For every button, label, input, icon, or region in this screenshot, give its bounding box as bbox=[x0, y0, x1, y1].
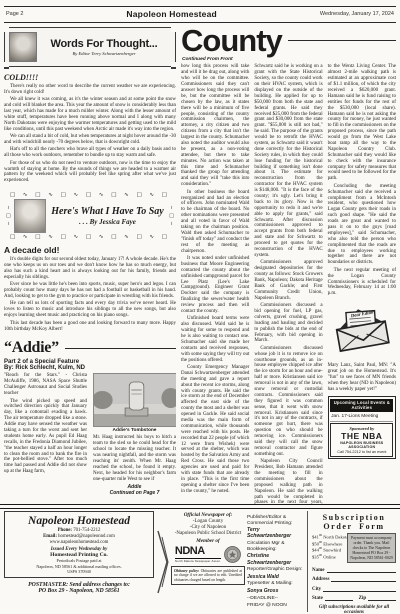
photo-caption: Addie's Tombstone bbox=[93, 428, 176, 433]
county-paragraph: Concluding the meeting Schumacher said s… bbox=[328, 184, 396, 266]
price-row: $4100 North Dakota bbox=[312, 533, 344, 540]
field-label: Name bbox=[312, 568, 325, 573]
county-column-1: how long this process will take and will… bbox=[181, 64, 249, 505]
masthead-website: www.napoleonhomestead.com bbox=[7, 540, 151, 545]
obituary-policy-label: Obituary policy: bbox=[174, 569, 199, 573]
decade-paragraph: It's double digits for our second oldest… bbox=[4, 257, 176, 281]
masthead-phone: Phone: 701-754-2212 bbox=[7, 528, 151, 533]
cold-headline: COLD!!!! bbox=[4, 73, 176, 82]
staff-role: Reporter/Graphic Design: bbox=[247, 567, 305, 573]
masthead-info: Napoleon Homestead Phone: 701-754-2212 E… bbox=[4, 511, 154, 612]
cold-paragraph: We can all stand a bit of cold, but when… bbox=[4, 134, 176, 146]
price-cents: 00 bbox=[319, 540, 322, 544]
masthead-title: Napoleon Homestead bbox=[7, 515, 151, 527]
continued-page: Continued on Page 7 bbox=[93, 490, 176, 496]
county-paragraph: Commissioners approved designated deposi… bbox=[254, 260, 322, 301]
ndna-logo-subtitle: North Dakota Newspaper Assoc. bbox=[175, 559, 221, 563]
columnist-photo bbox=[14, 199, 46, 233]
sponsor-name: THE NBA bbox=[332, 431, 391, 441]
phone-label: Phone: bbox=[58, 528, 72, 533]
words-for-thought-box: Words For Thought... By Editor Terry Sch… bbox=[4, 27, 176, 67]
county-paragraph: Schwartz said he is working on a grant w… bbox=[254, 64, 322, 258]
column-title: Words For Thought... bbox=[37, 38, 171, 50]
sponsor-subtitle: Napoleon Business Association bbox=[332, 441, 391, 449]
column-byline: . . . By Jessica Faye bbox=[49, 218, 167, 226]
staff-name: Terry Schwartzenberger bbox=[247, 527, 305, 540]
county-column-3: to the Wentz Living Center. The almost 2… bbox=[328, 64, 396, 505]
continued-notice: Addie Continued on Page 7 bbox=[93, 484, 176, 496]
county-column-2: Schwartz said he is working on a grant w… bbox=[254, 64, 322, 505]
headline-rule bbox=[288, 40, 396, 41]
staff-column: Publisher/Editor & Commercial Printing: … bbox=[247, 511, 305, 612]
cold-paragraph: For those of us who do not need to ventu… bbox=[4, 161, 176, 185]
events-box-title: Upcoming Local Events & Activities bbox=[330, 399, 393, 412]
field-label: City bbox=[312, 587, 321, 592]
postmaster-address: PO Box 29 - Napoleon, ND 58561 bbox=[4, 588, 154, 594]
payment-note-box: Payment must accompany order. Thank you.… bbox=[347, 533, 396, 563]
chevron-decoration bbox=[156, 511, 169, 612]
price-row: $4400 Snowbird bbox=[312, 546, 344, 553]
dear-editor-envelope-icon: Dear Editor bbox=[328, 302, 396, 355]
addie-paragraph: Mr. Haag instructed his boys to hitch a … bbox=[93, 435, 176, 482]
form-field-city: City bbox=[312, 586, 396, 592]
county-paragraph: Commissioners discussed whose job it is … bbox=[254, 346, 322, 458]
price-amount: $41 bbox=[312, 535, 319, 540]
masthead-email: Email: homestead@napoleonnd.com bbox=[7, 534, 151, 539]
field-label: State bbox=[312, 596, 323, 601]
deadline-day: FRIDAY @ NOON bbox=[247, 603, 305, 609]
addie-headline: “Addie” bbox=[4, 339, 59, 357]
decorative-border: ≀ □ ≀ bbox=[6, 204, 11, 228]
postage-line: Periodicals Postage paid at bbox=[7, 558, 151, 563]
county-paragraph: Unfinished board terms were also discuss… bbox=[181, 316, 249, 363]
decade-paragraph: Ever since he was little he's been into … bbox=[4, 282, 176, 300]
staff-name: Sonya Gross bbox=[247, 588, 305, 594]
usps-number: USPS 370940 bbox=[7, 569, 151, 574]
tombstone-photo bbox=[93, 373, 176, 427]
section-divider-rule bbox=[0, 504, 400, 509]
column-title: Here's What I Have To Say bbox=[49, 206, 167, 217]
cold-paragraph: Hat's off to all the ranchers who brave … bbox=[4, 147, 176, 159]
subscription-form: Subscription Order Form $4100 North Dako… bbox=[307, 511, 396, 612]
addie-column-2: Addie's Tombstone Mr. Haag instructed hi… bbox=[93, 373, 176, 496]
price-amount: $44 bbox=[312, 548, 319, 553]
addie-paragraph: The wind picked up speed and switched di… bbox=[4, 399, 87, 476]
gift-subscriptions-note: Gift subscriptions available for all occ… bbox=[312, 605, 396, 614]
price-cents: 00 bbox=[319, 533, 322, 537]
decorative-border: □ ∿ □ ∿ □ ∿ □ ∿ □ ∿ □ ∿ □ bbox=[6, 234, 174, 240]
write-in-line bbox=[323, 586, 396, 592]
price-label: Online bbox=[323, 554, 336, 559]
addie-section: “Addie” Part 2 of a Special Feature By: … bbox=[4, 339, 176, 496]
addie-column-1: "Reach for the Stars." - Christa McAulif… bbox=[4, 373, 87, 496]
price-label: North Dakota bbox=[323, 535, 348, 540]
postmaster-notice: POSTMASTER: Send address changes to: PO … bbox=[4, 582, 154, 594]
write-in-line bbox=[331, 576, 396, 582]
ndna-logo-text: NDNA bbox=[175, 546, 221, 557]
field-label: Address bbox=[312, 577, 329, 582]
county-paragraph: It was noted under unfinished business t… bbox=[181, 256, 249, 315]
official-item: -City of Napoleon bbox=[171, 525, 245, 530]
newspaper-name: Napoleon Homestead bbox=[126, 9, 217, 19]
staff-name: Jessica Wald bbox=[247, 574, 305, 580]
staff-role: Publisher/Editor & Commercial Printing: bbox=[247, 515, 305, 527]
page-number: Page 2 bbox=[6, 11, 23, 17]
county-paragraph: Commissioners discussed a bid opening fo… bbox=[254, 303, 322, 344]
official-title: Official Newspaper of: bbox=[171, 512, 245, 518]
form-field-address: Address bbox=[312, 576, 396, 582]
write-in-line bbox=[368, 595, 396, 601]
ndna-logo: NDNA North Dakota Newspaper Assoc. bbox=[175, 546, 221, 563]
cold-paragraph: There's really no other word to describe… bbox=[4, 84, 176, 96]
page-header: Page 2 Napoleon Homestead Wednesday, Jan… bbox=[4, 6, 396, 23]
official-item: -Logan County bbox=[171, 519, 245, 524]
write-in-line bbox=[325, 595, 353, 601]
form-field-state-zip: State Zip bbox=[312, 595, 396, 601]
county-paragraph: In other business the board reorganized … bbox=[181, 190, 249, 255]
event-item: Jan. 17-Lions Meeting bbox=[330, 412, 393, 422]
field-label: Zip bbox=[359, 596, 367, 601]
printer-name: Homestead Printing Co. bbox=[7, 552, 151, 558]
email-label: Email: bbox=[43, 534, 57, 539]
addie-quote: "Reach for the Stars." - Christa McAulif… bbox=[4, 373, 87, 397]
official-newspaper-column: Official Newspaper of: -Logan County -Ci… bbox=[171, 511, 245, 612]
sponsor-phone-note: Call 754-2212 to list an event bbox=[332, 450, 391, 454]
email-address: homestead@napoleonnd.com bbox=[58, 534, 115, 539]
price-cents: 00 bbox=[319, 546, 322, 550]
corner-decoration bbox=[4, 27, 9, 32]
corner-decoration bbox=[4, 62, 9, 69]
decorative-border: ≀ □ ≀ bbox=[169, 204, 174, 228]
corner-decoration bbox=[171, 27, 176, 32]
editor-photo bbox=[9, 32, 37, 62]
words-for-thought-titles: Words For Thought... By Editor Terry Sch… bbox=[37, 38, 171, 56]
letter-to-editor: Mary Lanz, Saint Paul, MN: "A great job … bbox=[328, 363, 396, 392]
staff-role: Circulation Mgr & Bookkeeping: bbox=[247, 541, 305, 553]
staff-name: Christine Schwartzenberger bbox=[247, 553, 305, 566]
county-paragraph: County Emergency Manager Danai Schwartze… bbox=[181, 365, 249, 495]
subscription-form-title: Subscription Order Form bbox=[312, 513, 396, 531]
left-column: Words For Thought... By Editor Terry Sch… bbox=[4, 27, 176, 505]
county-paragraph: The next regular meeting of the Logan Co… bbox=[328, 268, 396, 297]
postage-line: Napoleon, ND 58561 & additional mailing … bbox=[7, 564, 151, 569]
issue-date: Wednesday, January 17, 2024 bbox=[320, 11, 394, 17]
member-seal-icon bbox=[224, 546, 241, 563]
price-cents: 00 bbox=[319, 553, 322, 557]
county-paragraph: how long this process will take and will… bbox=[181, 64, 249, 188]
sponsor-box: Sponsored by THE NBA Napoleon Business A… bbox=[330, 423, 393, 457]
price-row: $3500 Online bbox=[312, 553, 344, 560]
county-section: County Continued From Front how long thi… bbox=[181, 26, 396, 505]
form-field-name: Name bbox=[312, 567, 396, 573]
heres-what-box: □ ∿ □ ∿ □ ∿ □ ∿ □ ∿ □ ∿ □ ≀ □ ≀ Here's W… bbox=[4, 191, 176, 241]
county-headline: County bbox=[181, 26, 282, 55]
obituary-policy-box: Obituary policy: Obituaries are publishe… bbox=[171, 566, 245, 586]
decade-paragraph: He can tell us lots of sporting facts an… bbox=[4, 301, 176, 319]
masthead-strip: Napoleon Homestead Phone: 701-754-2212 E… bbox=[4, 511, 396, 612]
corner-decoration bbox=[171, 62, 176, 69]
events-box: Upcoming Local Events & Activities Jan. … bbox=[328, 396, 396, 459]
masthead-box: Napoleon Homestead Phone: 701-754-2212 E… bbox=[4, 511, 154, 578]
county-paragraph: to the Wentz Living Center. The almost 2… bbox=[328, 64, 396, 182]
decorative-border: □ ∿ □ ∿ □ ∿ □ ∿ □ ∿ □ ∿ □ bbox=[6, 192, 174, 198]
newspaper-page: Page 2 Napoleon Homestead Wednesday, Jan… bbox=[0, 0, 400, 614]
price-label: Snowbird bbox=[323, 548, 341, 553]
cold-paragraph: We all knew it was coming, as it's the w… bbox=[4, 97, 176, 132]
headline-rule bbox=[65, 348, 176, 349]
decade-headline: A decade old! bbox=[4, 245, 176, 255]
county-paragraph: Napoleon City Council President, Bob Ham… bbox=[254, 459, 322, 505]
continued-from-label: Continued From Front bbox=[182, 57, 396, 62]
phone-number: 701-754-2212 bbox=[73, 528, 100, 533]
subscription-prices: $4100 North Dakota $5000 Elsewhere $4400… bbox=[312, 533, 344, 563]
write-in-line bbox=[327, 567, 397, 573]
decade-paragraph: This last decade has been a good one and… bbox=[4, 321, 176, 333]
heres-what-titles: Here's What I Have To Say . . . By Jessi… bbox=[49, 206, 167, 226]
addie-byline: By: Rick Schlecht, Kulm, ND bbox=[4, 365, 176, 371]
column-byline: By Editor Terry Schwartzenberger bbox=[37, 51, 171, 56]
price-amount: $35 bbox=[312, 554, 319, 559]
official-item: -Napoleon Public School District bbox=[171, 531, 245, 536]
member-of-label: Member of bbox=[171, 538, 245, 544]
